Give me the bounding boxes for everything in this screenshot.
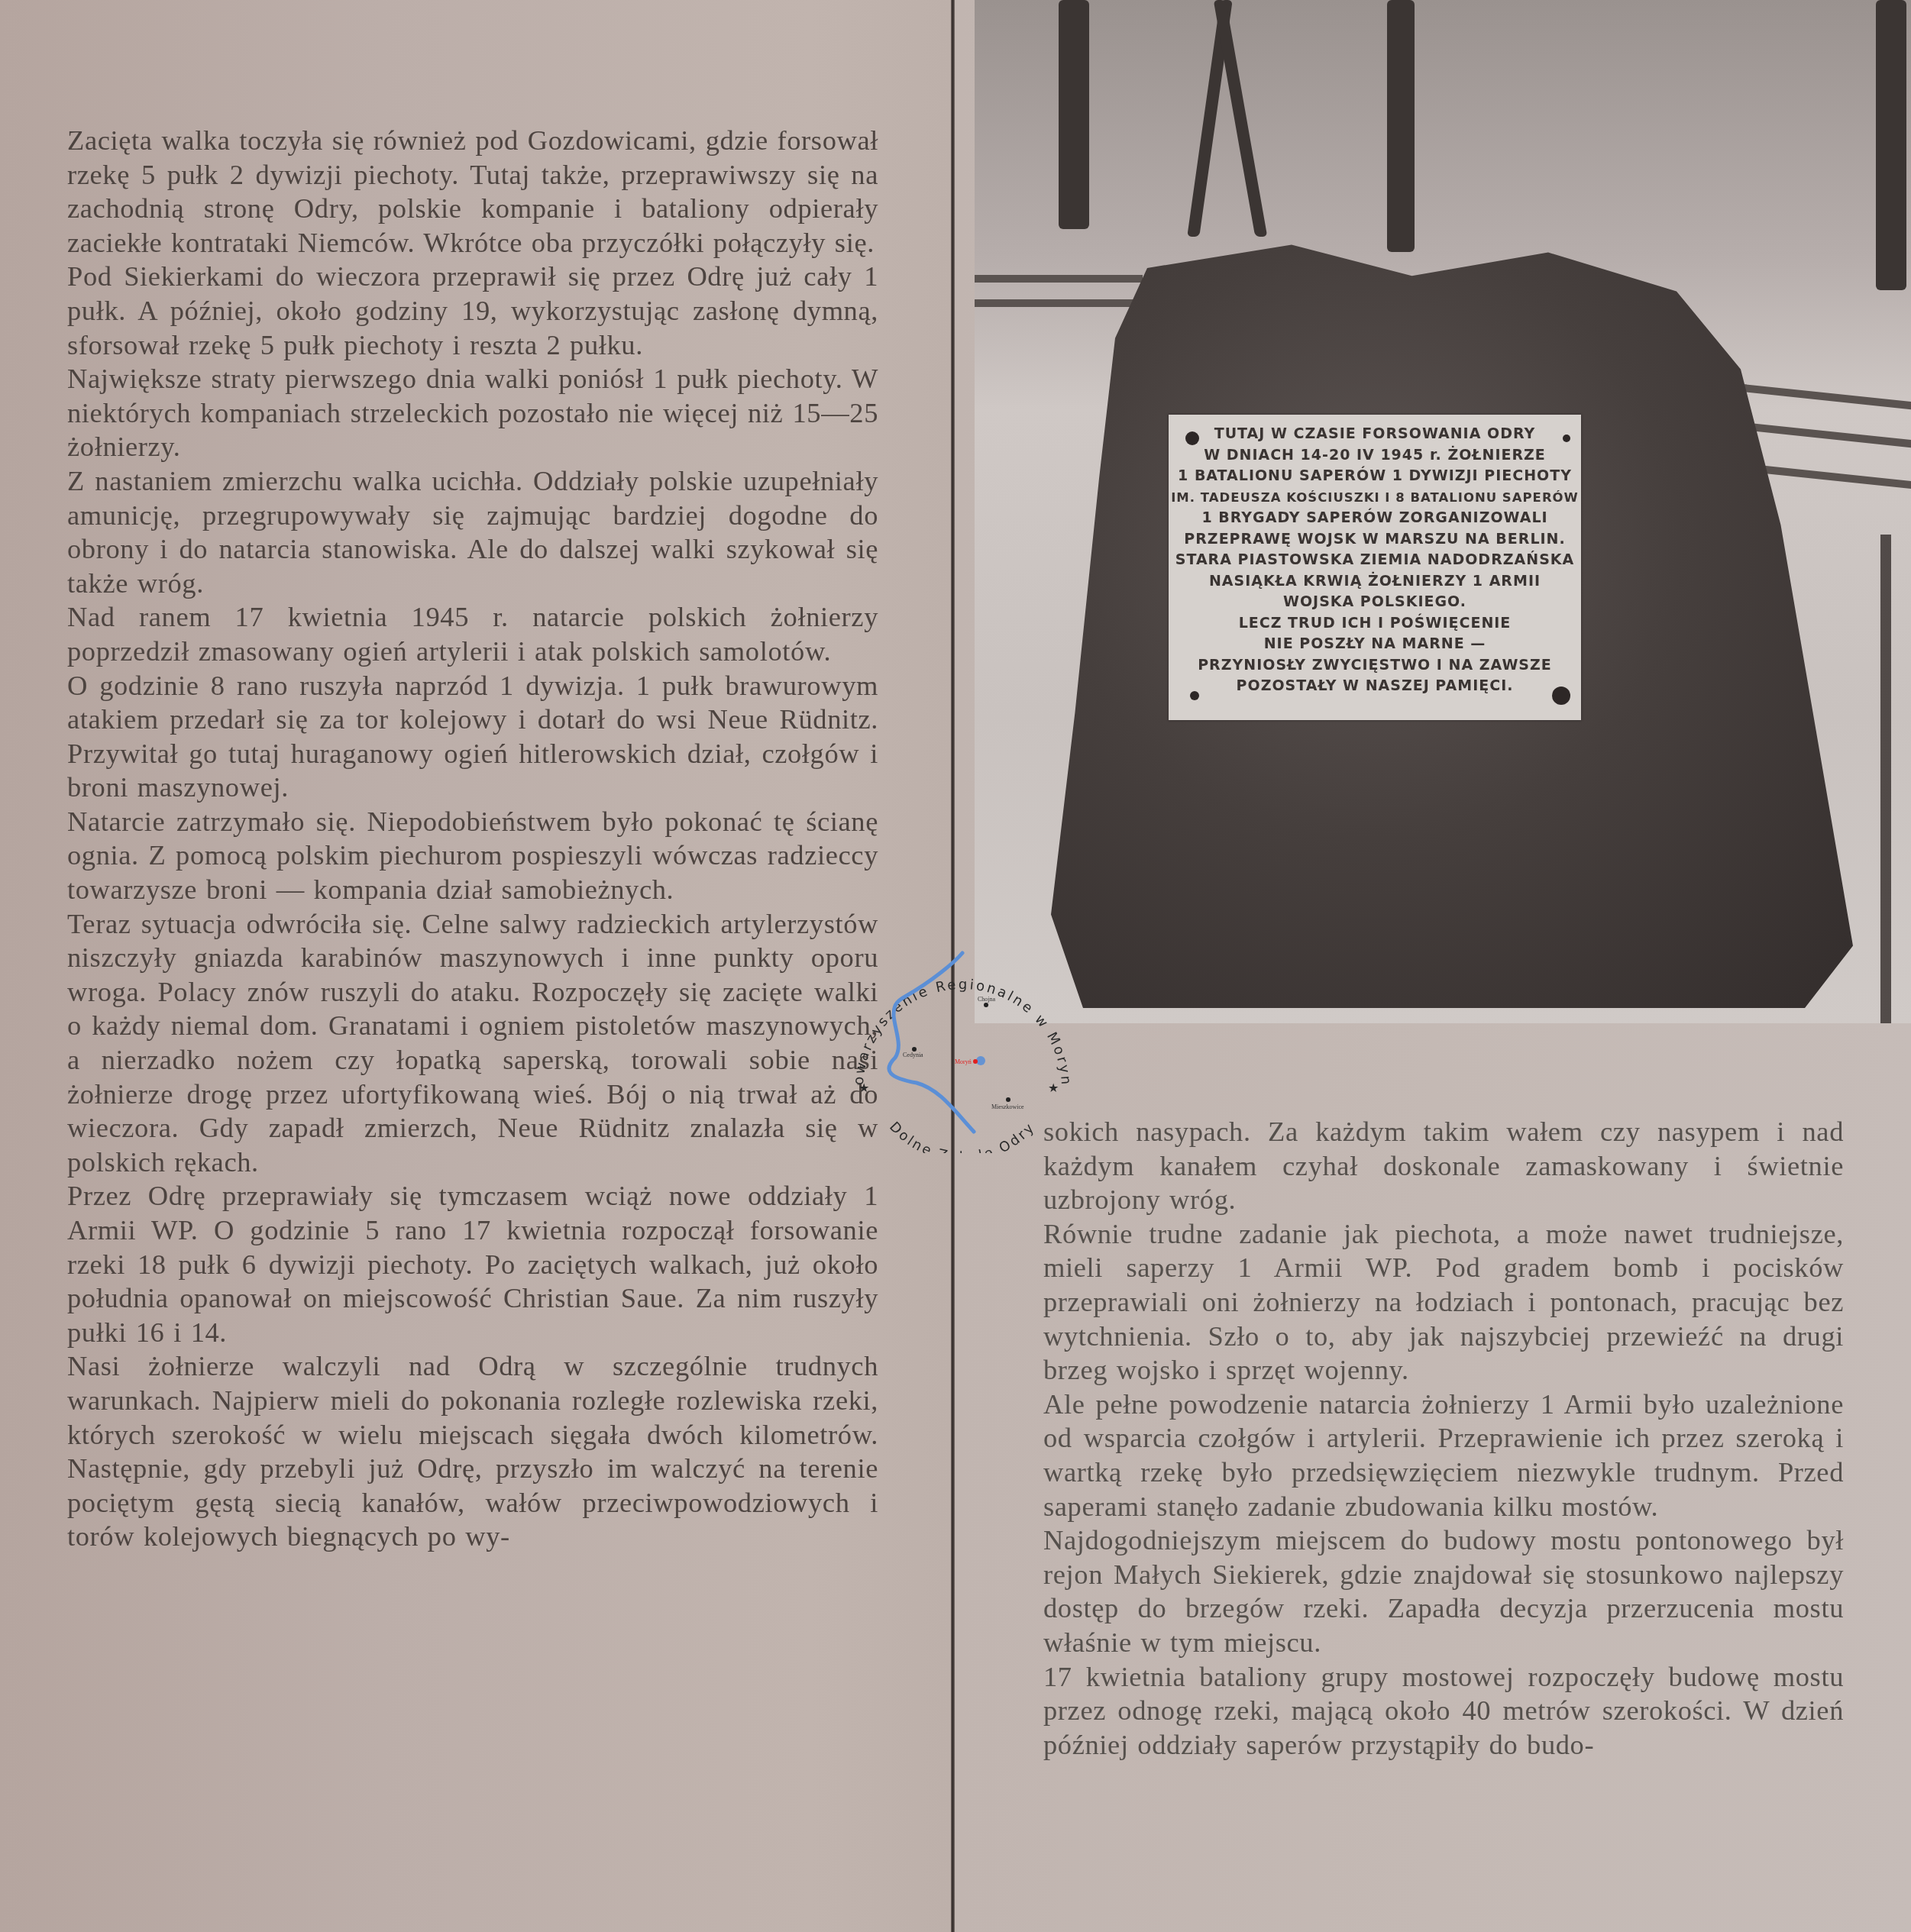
paragraph: Nasi żołnierze walczyli nad Odrą w szcze…: [67, 1349, 878, 1554]
right-page-text: sokich nasypach. Za każdym takim wałem c…: [1043, 1115, 1844, 1762]
paragraph: Przez Odrę przeprawiały się tymczasem wc…: [67, 1179, 878, 1349]
rivet-icon: [1552, 687, 1570, 705]
plaque-line: W DNIACH 14-20 IV 1945 r. ŻOŁNIERZE: [1169, 445, 1581, 467]
left-page-text: Zacięta walka toczyła się również pod Go…: [67, 124, 878, 1554]
rivet-icon: [1190, 691, 1199, 700]
paragraph: Zacięta walka toczyła się również pod Go…: [67, 124, 878, 260]
paragraph: Równie trudne zadanie jak piechota, a mo…: [1043, 1217, 1844, 1388]
plaque-line: PRZYNIOSŁY ZWYCIĘSTWO I NA ZAWSZE: [1169, 655, 1581, 677]
tree: [1876, 0, 1906, 290]
plaque-line: TUTAJ W CZASIE FORSOWANIA ODRY: [1169, 424, 1581, 445]
plaque-line: IM. TADEUSZA KOŚCIUSZKI I 8 BATALIONU SA…: [1169, 487, 1581, 509]
paragraph: O godzinie 8 rano ruszyła naprzód 1 dywi…: [67, 669, 878, 805]
plaque-line: STARA PIASTOWSKA ZIEMIA NADODRZAŃSKA: [1169, 550, 1581, 571]
paragraph: Teraz sytuacja odwróciła się. Celne salw…: [67, 907, 878, 1180]
railway-track: [975, 299, 1143, 307]
paragraph: Pod Siekierkami do wieczora przeprawił s…: [67, 260, 878, 362]
tree: [1387, 0, 1415, 252]
paragraph: Z nastaniem zmierzchu walka ucichła. Odd…: [67, 464, 878, 600]
plaque-line: NASIĄKŁA KRWIĄ ŻOŁNIERZY 1 ARMII: [1169, 571, 1581, 593]
plaque-line: NIE POSZŁY NA MARNE —: [1169, 634, 1581, 655]
tree: [1059, 0, 1089, 229]
railway-track: [975, 275, 1143, 283]
paragraph: Natarcie zatrzymało się. Niepodobieństwe…: [67, 805, 878, 907]
rivet-icon: [1563, 435, 1570, 442]
rivet-icon: [1185, 431, 1199, 445]
plaque-line: 1 BRYGADY SAPERÓW ZORGANIZOWALI: [1169, 508, 1581, 529]
paragraph: sokich nasypach. Za każdym takim wałem c…: [1043, 1115, 1844, 1217]
plaque-line: LECZ TRUD ICH I POŚWIĘCENIE: [1169, 613, 1581, 635]
fence-chain: [1861, 535, 1911, 1023]
signal-post: [1214, 0, 1268, 237]
paragraph: Ale pełne powodzenie natarcia żołnierzy …: [1043, 1388, 1844, 1523]
paragraph: Najdogodniejszym miejscem do budowy most…: [1043, 1523, 1844, 1659]
plaque-line: WOJSKA POLSKIEGO.: [1169, 592, 1581, 613]
plaque-line: 1 BATALIONU SAPERÓW 1 DYWIZJI PIECHOTY: [1169, 466, 1581, 487]
paragraph: 17 kwietnia bataliony grupy mostowej roz…: [1043, 1660, 1844, 1762]
plaque-line: POZOSTAŁY W NASZEJ PAMIĘCI.: [1169, 676, 1581, 697]
paragraph: Największe straty pierwszego dnia walki …: [67, 362, 878, 464]
plaque-line: PRZEPRAWĘ WOJSK W MARSZU NA BERLIN.: [1169, 529, 1581, 551]
paragraph: Nad ranem 17 kwietnia 1945 r. natarcie p…: [67, 600, 878, 668]
memorial-plaque: TUTAJ W CZASIE FORSOWANIA ODRY W DNIACH …: [1169, 415, 1581, 720]
